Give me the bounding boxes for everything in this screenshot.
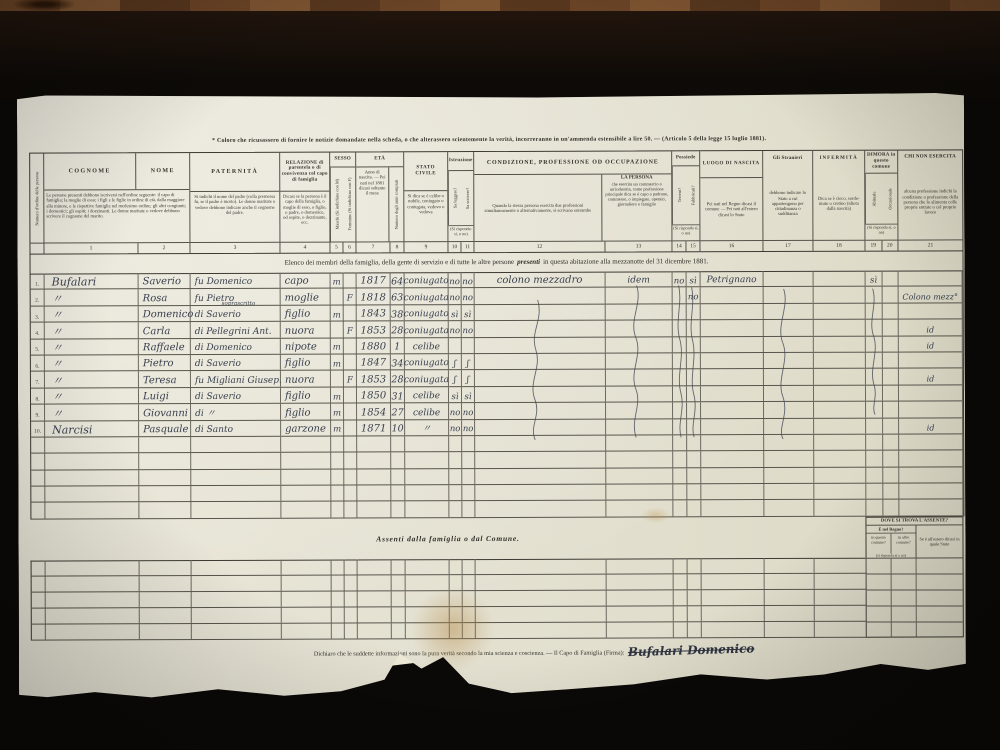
cell-cognome: 〃 [45, 290, 139, 306]
cell-inf [814, 320, 866, 336]
cell-nome [139, 437, 191, 453]
cell-pat [191, 486, 281, 502]
cell-f: F [344, 289, 357, 304]
cell-dima [866, 418, 883, 433]
cell-dimo [883, 451, 899, 466]
cell-pers [606, 419, 673, 435]
cell-chi [899, 352, 963, 368]
cell-stran [764, 402, 814, 418]
cognome-nome-note: Le persone presenti debbono iscriversi n… [44, 189, 189, 243]
cell-n [32, 577, 46, 592]
cell-stato [406, 559, 450, 574]
cell-stato: coniugato [405, 305, 449, 321]
cell-stran [764, 386, 814, 402]
cell-chi: id [899, 336, 963, 352]
cell-m: m [331, 354, 344, 369]
cell-chi [899, 467, 963, 483]
cell-cognome [46, 624, 140, 639]
cell-fab [687, 452, 701, 467]
cell-cond [475, 354, 606, 370]
cell-f [344, 338, 357, 353]
cell-pers [606, 468, 673, 484]
cell-leg: no [449, 288, 462, 303]
cell-anni [391, 469, 405, 484]
cell-stato [405, 469, 449, 485]
cell-scr [463, 591, 476, 606]
cell-f [345, 591, 358, 606]
cell-rel [281, 453, 331, 469]
col-luogo-nascita: LUOGO DI NASCITA Pei nati nel Regno dica… [700, 151, 763, 251]
cell-f [344, 354, 357, 369]
cell-fab [687, 337, 701, 352]
cell-pat: di Santo [191, 420, 281, 436]
eta-title: ETÀ [356, 152, 403, 167]
cell-leg [449, 436, 462, 451]
cell-cond [475, 386, 606, 402]
cell-fab [687, 419, 701, 434]
cell-n [32, 609, 46, 624]
chi-non-title: CHI NON ESERCITA [898, 150, 962, 164]
cell-inf [814, 451, 866, 467]
cell-nome [140, 592, 192, 607]
cell-nome [140, 576, 192, 591]
cell-pat: di Saverio [191, 387, 281, 403]
cell-m [331, 371, 344, 386]
cell-anno: 1854 [357, 403, 391, 419]
cell-fab [688, 558, 702, 573]
elenco-post: in questa abitazione alla mezzanotte del… [543, 257, 708, 266]
cell-cond [475, 403, 606, 419]
nascita-note: Pei nati nel Regno dicasi il comune — Pe… [700, 177, 762, 240]
cell-dima [866, 353, 883, 368]
cell-anni [391, 502, 405, 517]
cell-anno [358, 591, 392, 606]
cell-pers [606, 501, 673, 517]
cell-nasc [701, 287, 764, 303]
cell-scr: sì [462, 305, 475, 320]
cell-fab [687, 304, 701, 319]
dove-assente-box: DOVE SI TROVA L'ASSENTE? È nel Regno? in… [865, 516, 963, 637]
cell-stato: coniugata [405, 321, 449, 337]
cell-nome: Luigi [139, 388, 191, 404]
cell-chi [899, 385, 963, 401]
infermita-note: Dica se è cieco, sordo-muto o cretino (i… [813, 167, 864, 240]
cell-anni: 64 [391, 272, 405, 287]
cell-leg [450, 607, 463, 622]
cell-dimo [883, 385, 899, 400]
cell-pers [607, 606, 674, 621]
cell-nome: Pasquale [139, 421, 191, 437]
cell-ter [673, 386, 687, 401]
cell-nome [139, 503, 191, 519]
cell-fab [687, 353, 701, 368]
cell-anni [392, 591, 406, 606]
cell-cognome: 〃 [45, 404, 139, 420]
cell-leg: no [449, 403, 462, 418]
cell-chi [899, 270, 963, 286]
cell-inf [815, 574, 867, 589]
cell-pers [606, 402, 673, 418]
cognome-title: COGNOME [44, 153, 136, 189]
dimora-title: DIMORA in questo comune [865, 151, 897, 174]
relazione-title: RELAZIONE di parentela o di convivenza c… [280, 153, 329, 191]
chi-non-note: alcuna professione indichi la condizione… [898, 164, 962, 239]
cell-chi: id [899, 369, 963, 385]
cell-nasc [702, 590, 765, 605]
cell-rel [281, 502, 331, 518]
cell-dima [866, 500, 883, 515]
istruzione-title: Istruzione [448, 152, 473, 171]
cell-ter [674, 622, 688, 637]
cell-stato: coniugata [405, 370, 449, 386]
col-relazione: RELAZIONE di parentela o di convivenza c… [280, 153, 330, 253]
cell-pers [606, 386, 673, 402]
dimora-foot: (Si risponda sì, o no) [865, 224, 897, 240]
cell-fab [687, 320, 701, 335]
estero-label: Se è all'estero dicasi in quale Stato [916, 525, 962, 557]
cell-pers [607, 622, 674, 637]
cell-cognome [45, 437, 139, 453]
cell-cond: colono mezzadro [475, 272, 606, 288]
cell-dimo [883, 484, 899, 499]
cell-m [331, 289, 344, 304]
cell-scr [463, 623, 476, 638]
cell-stran [764, 435, 814, 451]
cell-n: 4. [31, 323, 45, 338]
cell-fab: no [687, 288, 701, 303]
cell-scr [462, 485, 475, 500]
cell-n [31, 437, 45, 452]
cell-scr: no [462, 321, 475, 336]
cell-f [344, 420, 357, 435]
cell-leg [450, 623, 463, 638]
cell-nasc [702, 574, 765, 589]
cell-nome: Saverio [139, 273, 191, 289]
cell-cognome: Narcisi [45, 421, 139, 437]
cell-m [331, 469, 344, 484]
cell-scr: no [462, 403, 475, 418]
cell-anni: 63 [391, 289, 405, 304]
cell-cond [475, 419, 606, 435]
col-stato-civile: STATO CIVILE Si dica se è celibe o nubil… [404, 152, 448, 252]
cell-stran [765, 558, 815, 573]
cell-anno: 1817 [357, 272, 391, 288]
cell-stato: celibe [405, 403, 449, 419]
cell-m [331, 502, 344, 517]
cell-pat: di Domenico [191, 338, 281, 354]
cell-pat: di Saverio [191, 355, 281, 371]
cell-leg: sì [449, 387, 462, 402]
cell-leg [450, 591, 463, 606]
wood-knot [14, 0, 74, 11]
cell-cond [475, 337, 606, 353]
cell-leg: sì [449, 305, 462, 320]
cell-stran [765, 622, 815, 637]
cell-nome: Pietro [139, 355, 191, 371]
cell-ter [673, 468, 687, 483]
cell-cond [476, 591, 607, 606]
cell-pers [606, 304, 673, 320]
cell-f [345, 607, 358, 622]
cell-stran [764, 451, 814, 467]
cell-pers [606, 370, 673, 386]
penalty-note: * Coloro che ricusassero di fornire le n… [127, 136, 851, 145]
cell-anni [392, 559, 406, 574]
cell-inf [815, 558, 867, 573]
cell-stato: celibe [405, 338, 449, 354]
cell-cond [475, 304, 606, 320]
dimora-abituale-label: Abituale [865, 174, 882, 224]
cell-cognome: Bufalari [45, 273, 139, 289]
altro-comune-label: in altro comune? [891, 534, 915, 554]
cell-anno: 1850 [357, 387, 391, 403]
cell-m: m [331, 305, 344, 320]
cell-scr [462, 502, 475, 517]
cell-anno [357, 469, 391, 485]
cell-n [32, 625, 46, 640]
cell-pers [606, 288, 673, 304]
cell-leg: no [449, 272, 462, 287]
cell-chi [899, 451, 963, 467]
cell-rel: figlio [281, 404, 331, 420]
cell-fab [688, 574, 702, 589]
relazione-note: Dicasi se la persona è il capo della fam… [280, 191, 329, 242]
cell-scr: ʃ [462, 370, 475, 385]
infermita-title: INFERMITÀ [813, 151, 864, 167]
cell-stran [764, 500, 814, 516]
cell-rel [281, 469, 331, 485]
cell-anni [391, 485, 405, 500]
cell-nome [139, 486, 191, 502]
cell-stato [406, 591, 450, 606]
cell-inf [814, 385, 866, 401]
census-sheet: * Coloro che ricusassero di fornire le n… [17, 92, 966, 699]
cell-dimo [883, 467, 899, 482]
cell-scr [462, 469, 475, 484]
col-numero-ordine: Numero d'ordine delle persone [30, 154, 44, 254]
cell-fab [688, 606, 702, 621]
cell-fab [687, 501, 701, 516]
cell-rel [281, 436, 331, 452]
cell-cond [475, 468, 606, 484]
cell-pers [606, 321, 673, 337]
cell-rel: nuora [281, 322, 331, 338]
cell-stato: coniugato [405, 272, 449, 288]
assenti-rows [31, 558, 867, 641]
cell-nome: Domenico [139, 306, 191, 322]
cell-f [344, 453, 357, 468]
cell-m [332, 576, 345, 591]
cell-anno [358, 623, 392, 638]
cell-anno [357, 502, 391, 518]
cell-anno: 1818 [357, 289, 391, 305]
cell-dimo [883, 287, 899, 302]
istruzione-foot: (Si risponda: sì, o no) [448, 225, 473, 241]
cell-inf [815, 606, 867, 621]
cell-pat: fu Migliani Giusep. [191, 371, 281, 387]
cell-ter [673, 484, 687, 499]
cell-nasc [701, 501, 764, 517]
cell-m: m [331, 273, 344, 288]
census-row [32, 622, 867, 641]
cell-stato [405, 502, 449, 518]
numero-ordine-label: Numero d'ordine delle persone [30, 154, 43, 243]
cell-f: F [344, 371, 357, 386]
cell-anno [358, 575, 392, 590]
cell-inf [815, 622, 867, 637]
cell-m [331, 486, 344, 501]
cell-m [332, 560, 345, 575]
cell-stato [405, 485, 449, 501]
cell-n: 8. [31, 388, 45, 403]
cell-inf [814, 287, 866, 303]
cell-pers [607, 574, 674, 589]
cell-f [344, 469, 357, 484]
condizione-note: Quando la stessa persona esercita due pr… [474, 175, 602, 241]
col-eta: ETÀ Anno di nascita. — Pei nati nel 1881… [356, 152, 404, 252]
cell-pat: di Pellegrini Ant. [191, 322, 281, 338]
cell-pat: di Saverio [191, 306, 281, 322]
cell-nasc [702, 622, 765, 637]
cell-leg: ʃ [449, 354, 462, 369]
cell-pers [606, 452, 673, 468]
col-paternita: PATERNITÀ Si indichi il nome del padre (… [190, 153, 280, 253]
cell-ter [673, 304, 687, 319]
risponda-label: (si risponda sì o no) [867, 554, 916, 558]
cell-ter [673, 435, 687, 450]
cell-cognome [45, 454, 139, 470]
cell-pat: di 〃 [191, 404, 281, 420]
cell-n [32, 561, 46, 576]
col-possiede: Possiede Terreni? Fabbricati? (Si rispon… [672, 151, 700, 251]
cell-cond [475, 288, 606, 304]
cell-anno: 1853 [357, 371, 391, 387]
cell-cognome [45, 470, 139, 486]
cell-dima [866, 303, 883, 318]
cell-ter [674, 606, 688, 621]
cell-pat [192, 624, 282, 639]
cell-dimo [883, 402, 899, 417]
wood-table-surface [0, 0, 1000, 11]
cell-chi [899, 434, 963, 450]
cell-ter [673, 419, 687, 434]
stranieri-note: debbono indicare lo Stato a cui apparten… [763, 167, 812, 240]
cell-inf [814, 303, 866, 319]
cell-stran [764, 353, 814, 369]
photo-scene: * Coloro che ricusassero di fornire le n… [0, 0, 1000, 750]
cell-ter [673, 320, 687, 335]
cell-f [344, 305, 357, 320]
cell-fab [687, 484, 701, 499]
cell-fab [687, 402, 701, 417]
cell-pers [607, 590, 674, 605]
cell-m [332, 624, 345, 639]
questo-comune-label: in questo comune? [866, 534, 891, 554]
cell-pat [191, 502, 281, 518]
cell-n [31, 487, 45, 502]
la-persona-note: che esercita un commercio o un'industria… [603, 181, 670, 207]
cell-stran [764, 484, 814, 500]
cell-pat [192, 608, 282, 623]
cell-leg [449, 502, 462, 517]
regno-label: È nel Regno? [866, 526, 915, 534]
cell-f [345, 623, 358, 638]
cell-inf [815, 590, 867, 605]
cell-pers [606, 435, 673, 451]
cell-cognome: 〃 [45, 339, 139, 355]
cell-inf [814, 336, 866, 352]
cell-nasc [701, 304, 764, 320]
cell-nasc [701, 468, 764, 484]
cell-stato: celibe [405, 387, 449, 403]
elenco-pre: Elenco dei membri della famiglia, della … [285, 257, 515, 266]
cell-scr: ʃ [462, 354, 475, 369]
cell-chi [899, 500, 963, 516]
cell-dimo [883, 320, 899, 335]
cell-dima: sì [866, 271, 883, 286]
cell-pat [191, 453, 281, 469]
la-persona-cell: LA PERSONA che esercita un commercio o u… [602, 174, 671, 240]
cell-cognome [46, 608, 140, 623]
cell-cognome [46, 592, 140, 607]
cell-dima [866, 385, 883, 400]
cell-rel: garzone [281, 420, 331, 436]
cell-chi: id [899, 418, 963, 434]
nascita-title: LUOGO DI NASCITA [700, 151, 762, 177]
col-condizione-group: CONDIZIONE, PROFESSIONE OD OCCUPAZIONE Q… [474, 151, 672, 252]
sesso-title: SESSO [330, 152, 355, 167]
dimora-occasionale-label: Occasionale [882, 174, 898, 224]
possiede-title: Possiede [672, 151, 699, 166]
col-stranieri: Gli Stranieri debbono indicare lo Stato … [763, 151, 813, 251]
cell-m: m [331, 387, 344, 402]
cell-nasc [701, 484, 764, 500]
cell-anni: 31 [391, 387, 405, 402]
cell-leg: no [449, 321, 462, 336]
cell-cond [476, 623, 607, 638]
cell-m: m [331, 420, 344, 435]
cell-nasc [701, 435, 764, 451]
cell-rel: figlio [281, 355, 331, 371]
cell-f [345, 575, 358, 590]
paternita-note: Si indichi il nome del padre (colla prem… [190, 191, 279, 242]
cell-stran [765, 590, 815, 605]
terreni-label: Terreni? [672, 166, 686, 224]
elenco-presenti: presenti [517, 257, 540, 265]
assente-box-rows [867, 558, 963, 636]
cell-stran [764, 468, 814, 484]
cell-stran [764, 336, 814, 352]
cell-anni: 27 [391, 403, 405, 418]
cell-inf [814, 369, 866, 385]
cell-m: m [331, 338, 344, 353]
cell-dima [866, 467, 883, 482]
cell-anni: 38 [391, 305, 405, 320]
cell-anno: 1853 [357, 322, 391, 338]
cell-anni [391, 453, 405, 468]
cell-dima [866, 435, 883, 450]
cell-cond [475, 452, 606, 468]
cell-rel: figlio [281, 387, 331, 403]
cell-nome: Giovanni [139, 404, 191, 420]
census-table: Numero d'ordine delle persone COGNOME NO… [29, 149, 964, 640]
cell-scr: no [462, 420, 475, 435]
cell-anni [391, 436, 405, 451]
cell-scr: sì [462, 387, 475, 402]
cell-rel [282, 560, 332, 575]
cell-n [31, 454, 45, 469]
cell-anni [392, 623, 406, 638]
